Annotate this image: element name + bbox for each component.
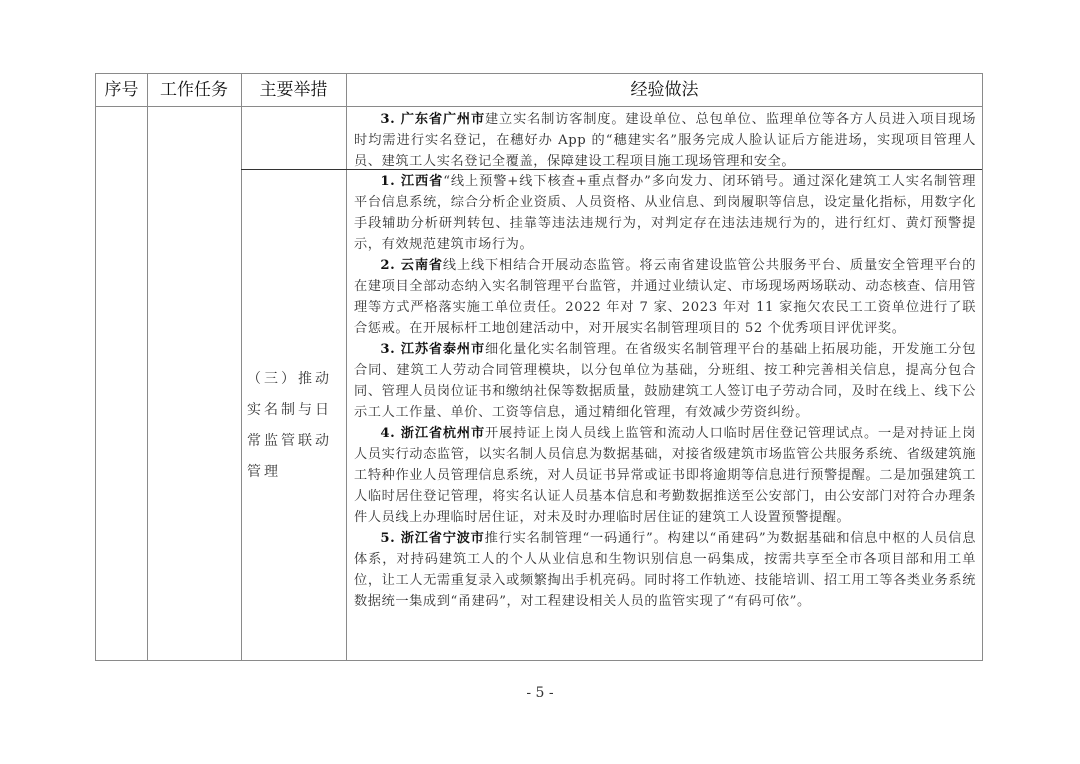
column-divider <box>147 74 148 660</box>
column-divider <box>346 74 347 660</box>
experience-paragraph: 2. 云南省线上线下相结合开展动态监管。将云南省建设监管公共服务平台、质量安全管… <box>354 255 976 339</box>
header-task: 工作任务 <box>147 74 241 106</box>
paragraph-lead: 2. 云南省 <box>380 258 443 273</box>
main-measure-cell: （三）推动实名制与日常监管联动管理 <box>247 364 341 488</box>
page-number: - 5 - <box>0 685 1080 701</box>
experience-paragraph: 4. 浙江省杭州市开展持证上岗人员线上监管和流动人口临时居住登记管理试点。一是对… <box>354 423 976 528</box>
experience-paragraph: 5. 浙江省宁波市推行实名制管理“一码通行”。构建以“甬建码”为数据基础和信息中… <box>354 528 976 612</box>
paragraph-lead: 3. 江苏省泰州市 <box>380 342 485 357</box>
continued-row-experience: 3. 广东省广州市建立实名制访客制度。建设单位、总包单位、监理单位等各方人员进入… <box>354 109 976 172</box>
paragraph-lead: 5. 浙江省宁波市 <box>380 531 484 546</box>
paragraph-lead: 3. 广东省广州市 <box>380 112 485 127</box>
header-experience: 经验做法 <box>346 74 983 106</box>
practices-table: 序号 工作任务 主要举措 经验做法 3. 广东省广州市建立实名制访客制度。建设单… <box>95 73 983 661</box>
paragraph-lead: 4. 浙江省杭州市 <box>380 426 485 441</box>
paragraph-text: 线上线下相结合开展动态监管。将云南省建设监管公共服务平台、质量安全管理平台的在建… <box>354 258 976 336</box>
header-index: 序号 <box>96 74 147 106</box>
header-divider <box>96 106 982 107</box>
experience-paragraph: 1. 江西省“线上预警+线下核查+重点督办”多向发力、闭环销号。通过深化建筑工人… <box>354 171 976 255</box>
experience-paragraph: 3. 广东省广州市建立实名制访客制度。建设单位、总包单位、监理单位等各方人员进入… <box>354 109 976 172</box>
paragraph-text: “线上预警+线下核查+重点督办”多向发力、闭环销号。通过深化建筑工人实名制管理平… <box>354 174 976 252</box>
row-experience: 1. 江西省“线上预警+线下核查+重点督办”多向发力、闭环销号。通过深化建筑工人… <box>354 171 976 612</box>
paragraph-lead: 1. 江西省 <box>380 174 443 189</box>
column-divider <box>241 74 242 660</box>
header-measure: 主要举措 <box>241 74 346 106</box>
experience-paragraph: 3. 江苏省泰州市细化量化实名制管理。在省级实名制管理平台的基础上拓展功能，开发… <box>354 339 976 423</box>
